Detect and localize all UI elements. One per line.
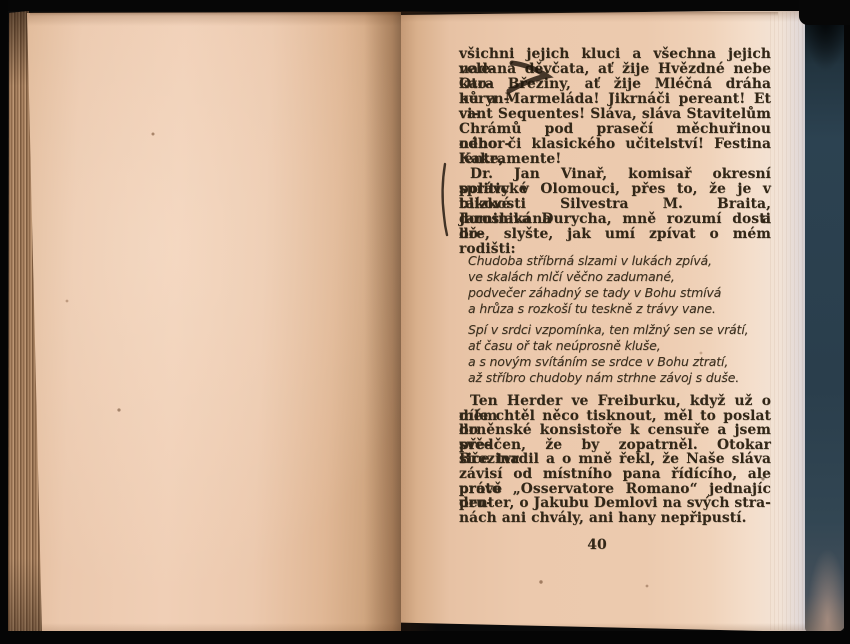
text-line: podvečer záhadný se tady v Bohu stmívá [468,285,771,301]
text-line: blízkosti Silvestra M. Braita, dominikán… [459,197,771,212]
pen-margin-stroke-icon [437,160,453,240]
black-frame-right [844,0,850,644]
text-line: až stříbro chudoby nám strhne závoj s du… [468,370,771,386]
text-line: díle chtěl něco tisknout, měl to poslat … [459,409,771,424]
text-line: Jaroslava Durycha, mně rozumí dosti do- [459,212,771,227]
text-line: ného či klasického učitelství! Festina l… [459,137,771,152]
book-cover-cloth [805,16,846,632]
text-line: ve skalách mlčí věčno zadumané, [468,269,771,285]
text-line: Kakramente! [459,152,771,167]
text-line: závisí od místního pana řídícího, ale pr… [459,467,771,482]
text-line: a hrůza s rozkoší tu teskně z trávy vane… [468,301,771,317]
paragraph-dr-jan-vinar: Dr. Jan Vinař, komisař okresní politické… [459,167,771,242]
left-page-blank [27,12,401,633]
text-line: denter, o Jakubu Demlovi na svých stra- [459,496,771,511]
text-line: bře, slyšte, jak umí zpívat o mém rodišt… [459,227,771,242]
black-frame-corner [799,0,850,25]
verse-stanza-1: Chudoba stříbrná slzami v lukách zpívá,v… [468,253,771,317]
text-line: Chudoba stříbrná slzami v lukách zpívá, [468,253,771,269]
black-frame-bottom [0,631,850,644]
text-line: Ten Herder ve Freiburku, když už o mém [459,394,771,409]
verse-stanza-2: Spí v srdci vzpomínka, ten mlžný sen se … [468,322,771,386]
text-line: nách ani chvály, ani hany nepřipustí. [459,511,771,526]
text-line: Spí v srdci vzpomínka, ten mlžný sen se … [468,322,771,338]
text-line: proto „Osservatore Romano“ jednajíc pru- [459,482,771,497]
text-line: Chrámů pod prasečí měchuřinou odbor- [459,122,771,137]
text-line: a s novým svítáním se srdce v Bohu ztrat… [468,354,771,370]
right-page-edge-stack [770,12,806,630]
page-text-column: všichni jejich kluci a všechna jejich ve… [459,47,771,525]
text-line: brněnské konsistoře k censuře a jsem pře… [459,423,771,438]
pen-check-mark-icon [498,48,554,100]
text-line: ať času oř tak neúprosně kluše, [468,338,771,354]
black-frame-left [0,0,8,644]
page-number: 40 [441,537,753,553]
book-photo: všichni jejich kluci a všechna jejich ve… [0,0,850,644]
text-line: vant Sequentes! Sláva, sláva Stavitelům [459,107,771,122]
text-line: svědčen, že by zopatrněl. Otokar Březina [459,438,771,453]
page-top-edge-shadow [30,12,778,16]
text-line: Dr. Jan Vinař, komisař okresní politické [459,167,771,182]
black-frame-top [0,0,850,11]
text-line: sice tvrdil a o mně řekl, že Naše sláva [459,452,771,467]
paragraph-ten-herder: Ten Herder ve Freiburku, když už o mémdí… [459,394,771,525]
text-line: správy v Olomouci, přes to, že je v tako… [459,182,771,197]
